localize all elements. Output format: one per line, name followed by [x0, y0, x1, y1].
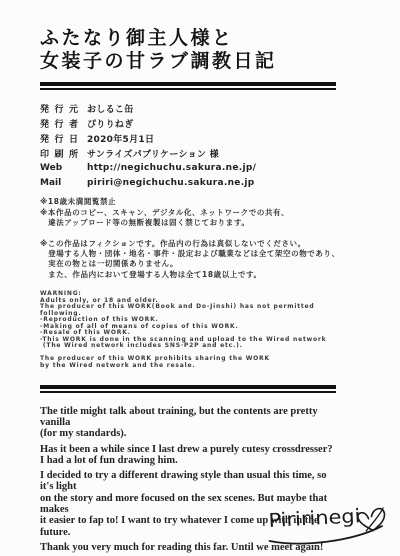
publisher-value: おしるこ缶	[87, 102, 134, 115]
fiction-disclaimer: ※この作品はフィクションです。作品内の行為は真似しないでください。 登場する人物…	[40, 239, 340, 281]
divider-bottom-thick-line	[40, 385, 336, 389]
mail-label: Mail	[40, 178, 78, 188]
web-url: http://negichuchu.sakura.ne.jp/	[87, 163, 256, 173]
page-title: ふたなり御主人様と女装子の甘ラブ調教日記	[40, 27, 340, 73]
publication-info: 発行元 おしるこ缶 発行者 ぴりりねぎ 発行日 2020年5月1日 印刷所 サン…	[40, 102, 340, 191]
printer-label: 印刷所	[40, 147, 78, 160]
author-label: 発行者	[40, 117, 78, 130]
publisher-row: 発行元 おしるこ缶	[40, 102, 340, 117]
title-line-2: 女装子の甘ラブ調教日記	[40, 50, 277, 72]
afterword-paragraph-1: The title might talk about training, but…	[40, 406, 340, 440]
colophon-page: ふたなり御主人様と女装子の甘ラブ調教日記 発行元 おしるこ缶 発行者 ぴりりねぎ…	[0, 0, 400, 556]
divider-top-thin-line	[40, 88, 336, 90]
publish-date-value: 2020年5月1日	[87, 132, 154, 145]
author-row: 発行者 ぴりりねぎ	[40, 116, 340, 131]
publish-date-label: 発行日	[40, 132, 78, 145]
web-label: Web	[40, 163, 78, 173]
signature-name: Piririnegi	[268, 505, 361, 532]
printer-value: サンライズパブリケーション 様	[87, 147, 219, 160]
author-value: ぴりりねぎ	[87, 117, 134, 130]
divider-bottom-thin-line	[40, 391, 336, 393]
signature: Piririnegi	[266, 488, 396, 550]
divider-bottom	[40, 385, 336, 393]
mail-address: piriri@negichuchu.sakura.ne.jp	[87, 178, 255, 188]
publisher-label: 発行元	[40, 102, 78, 115]
printer-row: 印刷所 サンライズパブリケーション 様	[40, 146, 340, 161]
mail-row: Mail piriri@negichuchu.sakura.ne.jp	[40, 175, 340, 190]
divider-top	[40, 82, 336, 90]
divider-top-thick-line	[40, 82, 336, 86]
signature-graphic: Piririnegi	[266, 488, 396, 550]
age-restriction-notice: ※18歳未満閲覧禁止 ※本作品のコピー、スキャン、デジタル化、ネットワークでの共…	[40, 197, 340, 228]
afterword-paragraph-2: Has it been a while since I last drew a …	[40, 444, 340, 467]
english-warning: WARNING: Adults only, or 18 and older. T…	[40, 291, 340, 369]
publish-date-row: 発行日 2020年5月1日	[40, 131, 340, 146]
web-row: Web http://negichuchu.sakura.ne.jp/	[40, 161, 340, 176]
title-line-1: ふたなり御主人様と	[40, 27, 234, 49]
